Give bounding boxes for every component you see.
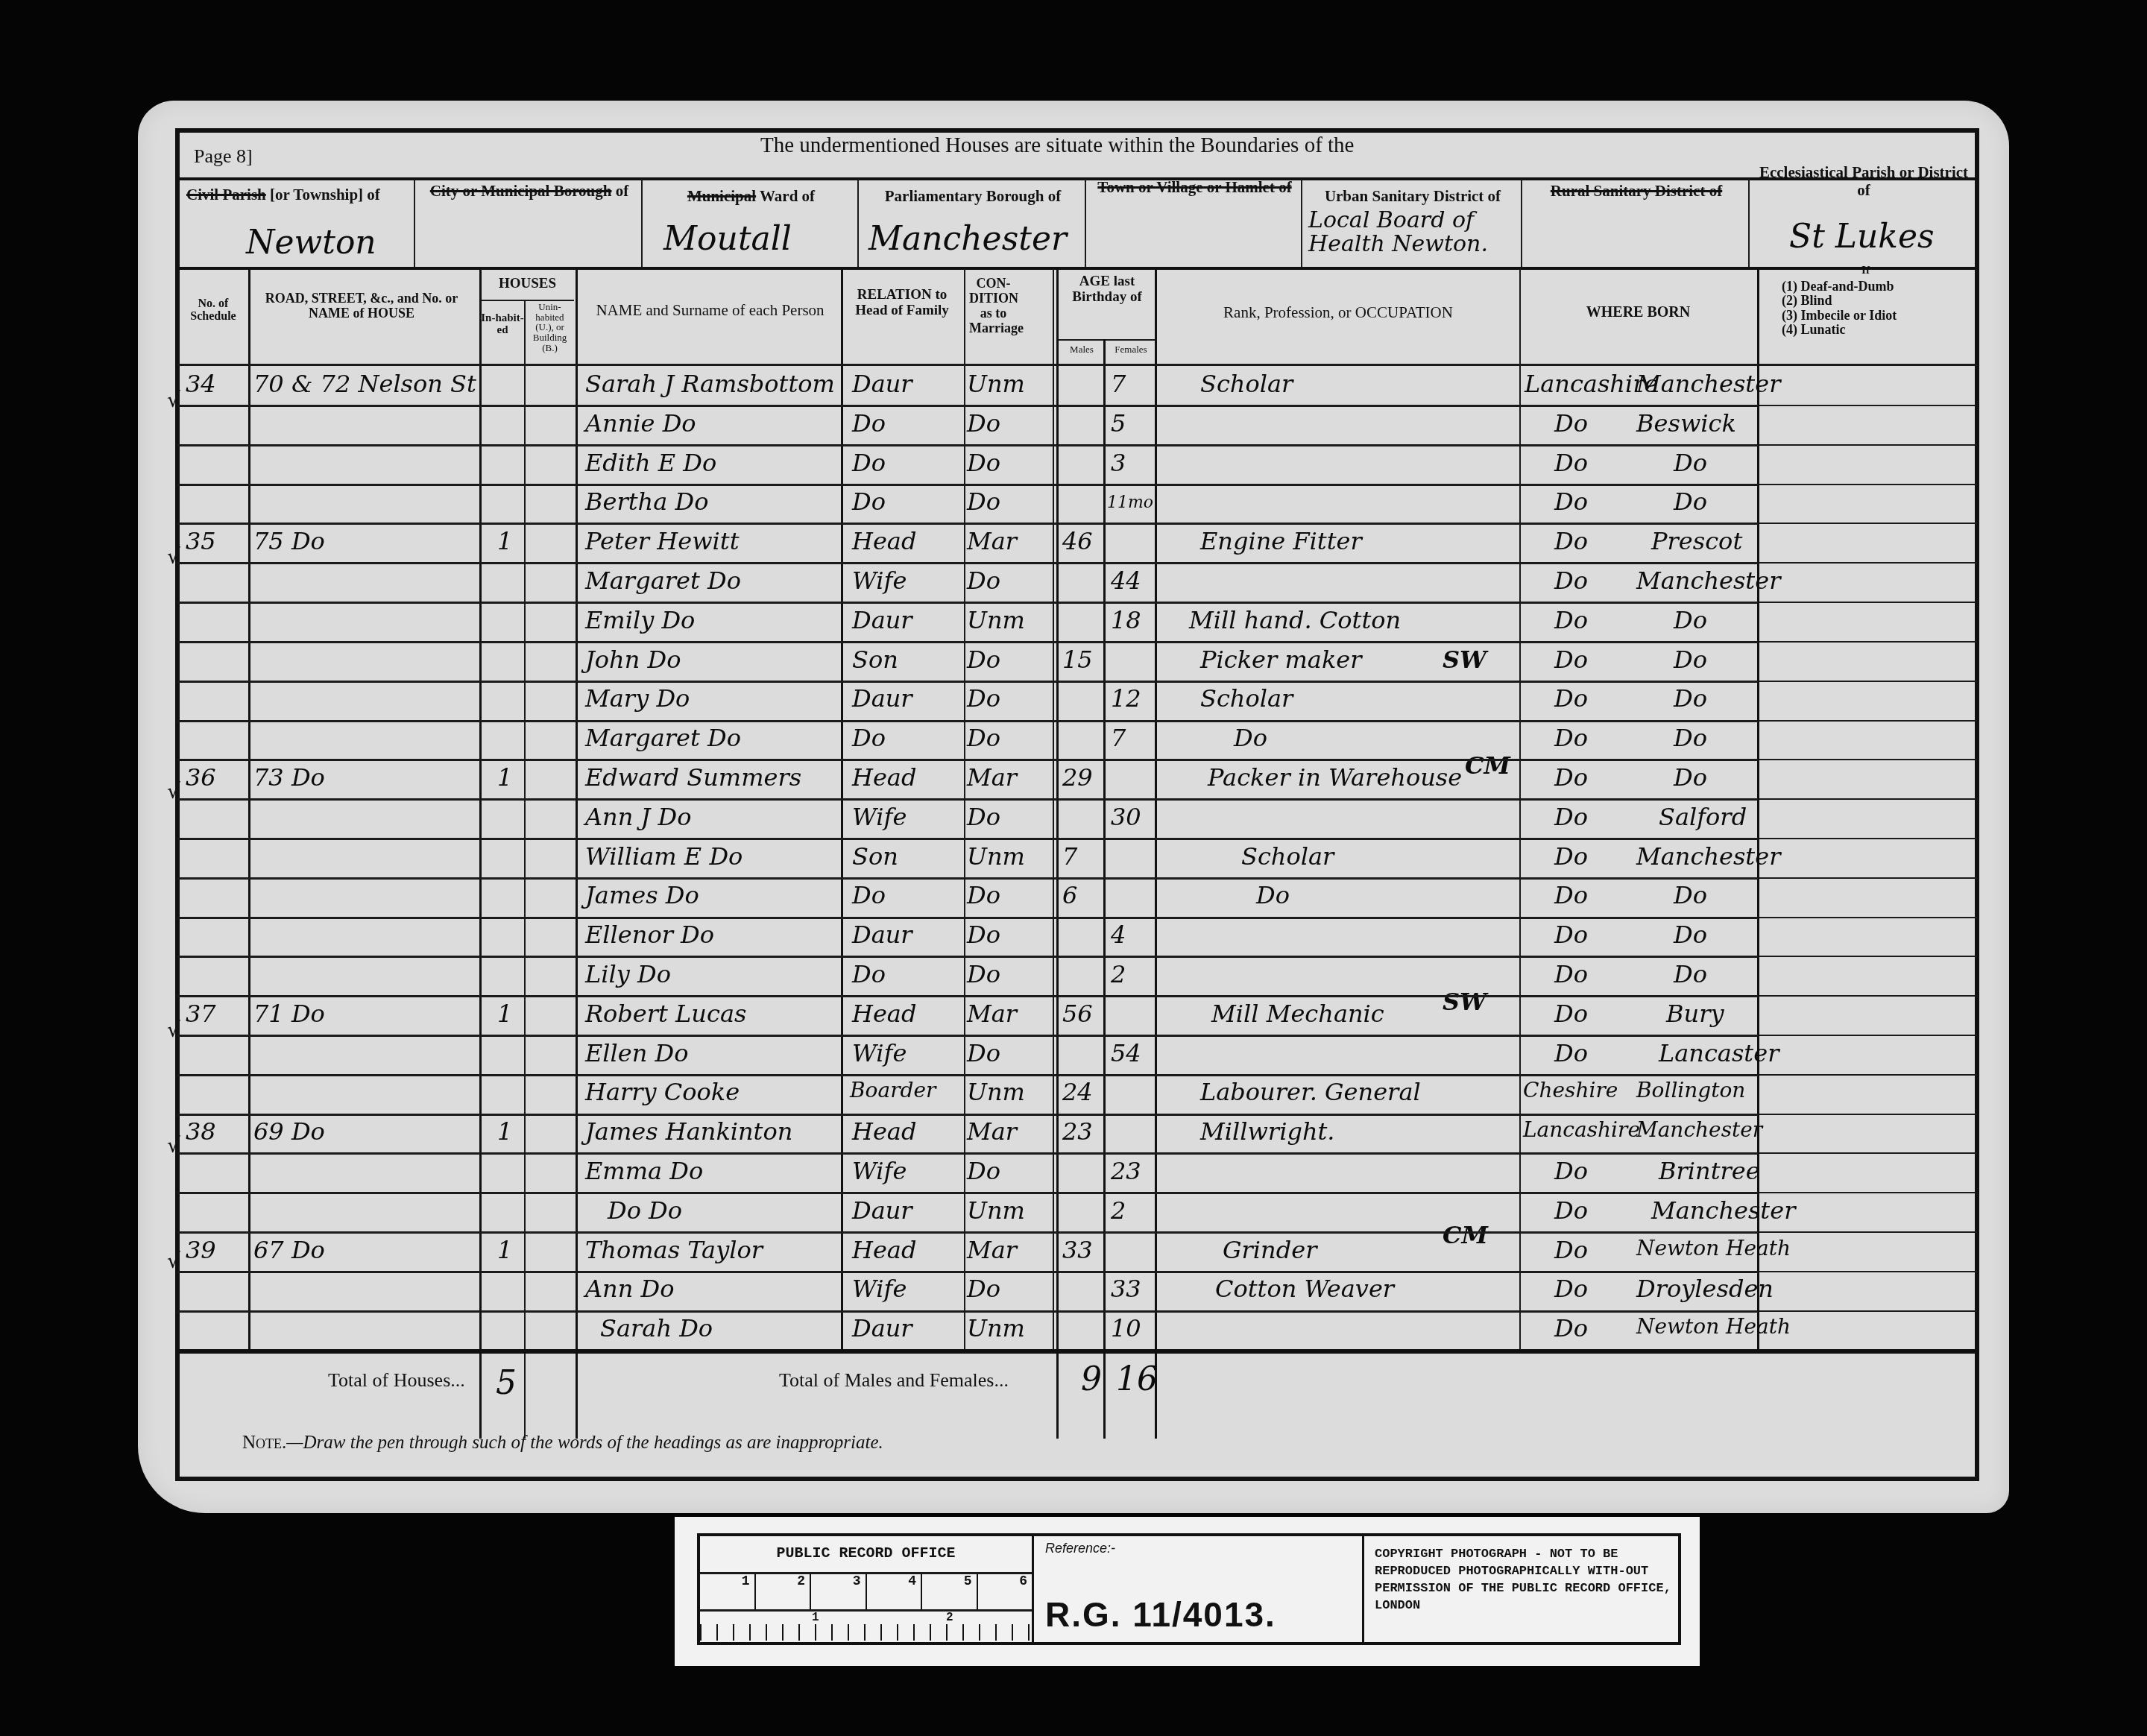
condition: Mar xyxy=(967,1117,1017,1152)
col-uninhabited: Unin-habited (U.), or Building (B.) xyxy=(526,302,574,353)
relation: Wife xyxy=(852,1039,907,1073)
road-address: 70 & 72 Nelson St xyxy=(253,370,476,404)
census-row: Mary Do Daur Do 12 Scholar Do Do xyxy=(175,680,1979,719)
person-name: Sarah Do xyxy=(600,1314,713,1348)
born-place: Do xyxy=(1674,763,1707,798)
census-row: Do Do Daur Unm 2 Do Manchester xyxy=(175,1192,1979,1231)
total-persons-label: Total of Males and Females... xyxy=(779,1370,1009,1392)
schedule-number: 36 xyxy=(186,763,216,798)
col-houses: HOUSES xyxy=(481,276,574,291)
condition: Mar xyxy=(967,763,1017,798)
female-age: 7 xyxy=(1111,724,1126,758)
relation: Wife xyxy=(852,1157,907,1191)
relation: Wife xyxy=(852,803,907,837)
condition: Unm xyxy=(967,1078,1025,1112)
born-county: Do xyxy=(1554,842,1588,877)
female-age: 44 xyxy=(1111,566,1141,601)
female-age: 23 xyxy=(1111,1157,1141,1191)
census-row: 34 70 & 72 Nelson St Sarah J Ramsbottom … xyxy=(175,365,1979,404)
condition: Do xyxy=(967,803,1000,837)
born-place: Salford xyxy=(1659,803,1747,837)
born-county: Do xyxy=(1554,1157,1588,1191)
condition: Do xyxy=(967,881,1000,915)
census-row: 35 75 Do 1 Peter Hewitt Head Mar 46 Engi… xyxy=(175,523,1979,561)
born-place: Do xyxy=(1674,487,1707,522)
female-age: 4 xyxy=(1111,921,1126,955)
road-address: 69 Do xyxy=(253,1117,325,1152)
born-place: Bollington xyxy=(1636,1078,1745,1112)
occupation: Packer in Warehouse xyxy=(1208,763,1462,798)
condition: Mar xyxy=(967,1000,1017,1034)
district-ward-label: Municipal Ward of xyxy=(645,188,857,206)
census-form: Page 8] The undermentioned Houses are si… xyxy=(0,0,2147,1736)
relation: Son xyxy=(852,646,898,680)
born-place: Manchester xyxy=(1651,1196,1795,1231)
col-age: AGE last Birthday of xyxy=(1059,274,1156,306)
district-parliamentary-label: Parliamentary Borough of xyxy=(861,188,1085,206)
condition: Do xyxy=(967,409,1000,444)
condition: Do xyxy=(967,724,1000,758)
occupation: Picker maker xyxy=(1200,646,1362,680)
road-address: 75 Do xyxy=(253,527,325,561)
enumerator-annotation: SW xyxy=(1443,646,1486,680)
footnote: Note.—Draw the pen through such of the w… xyxy=(242,1433,883,1453)
office-name: PUBLIC RECORD OFFICE xyxy=(700,1545,1032,1562)
born-county: Do xyxy=(1554,1275,1588,1309)
enumerator-annotation: CM xyxy=(1443,1221,1488,1255)
person-name: Robert Lucas xyxy=(585,1000,746,1034)
census-row: Ellenor Do Daur Do 4 Do Do xyxy=(175,916,1979,955)
col-infirmity-if: If xyxy=(1759,265,1972,277)
relation: Daur xyxy=(852,606,912,640)
condition: Unm xyxy=(967,606,1025,640)
page-label: Page 8] xyxy=(194,146,253,168)
born-place: Do xyxy=(1674,646,1707,680)
census-row: Ellen Do Wife Do 54 Do Lancaster xyxy=(175,1035,1979,1073)
female-age: 5 xyxy=(1111,409,1126,444)
born-county: Do xyxy=(1554,646,1588,680)
occupation: Mill Mechanic xyxy=(1211,1000,1384,1034)
relation: Wife xyxy=(852,566,907,601)
relation: Do xyxy=(852,449,886,483)
schedule-number: 39 xyxy=(186,1236,216,1270)
condition: Unm xyxy=(967,1314,1025,1348)
occupation: Do xyxy=(1234,724,1267,758)
col-condition: CON-DITION as to Marriage xyxy=(969,276,1018,336)
condition: Mar xyxy=(967,527,1017,561)
born-county: Do xyxy=(1554,1000,1588,1034)
relation: Do xyxy=(852,409,886,444)
census-row: 36 73 Do 1 Edward Summers Head Mar 29 Pa… xyxy=(175,759,1979,798)
occupation: Scholar xyxy=(1200,370,1293,404)
condition: Do xyxy=(967,1275,1000,1309)
born-county: Do xyxy=(1554,409,1588,444)
col-occupation: Rank, Profession, or OCCUPATION xyxy=(1159,304,1517,321)
born-place: Do xyxy=(1674,724,1707,758)
district-ward-value: Moutall xyxy=(663,220,792,258)
person-name: Peter Hewitt xyxy=(585,527,739,561)
born-county: Do xyxy=(1554,1236,1588,1270)
district-urban-sanitary-value: Local Board of Health Newton. xyxy=(1308,209,1517,256)
inhabited: 1 xyxy=(497,1000,512,1034)
relation: Daur xyxy=(852,921,912,955)
born-place: Brintree xyxy=(1659,1157,1760,1191)
born-county: Do xyxy=(1554,724,1588,758)
col-relation: RELATION to Head of Family xyxy=(842,287,962,319)
male-age: 24 xyxy=(1062,1078,1093,1112)
condition: Do xyxy=(967,646,1000,680)
district-ecclesiastical-label: Ecclesiastical Parish or District of xyxy=(1752,164,1976,199)
relation: Do xyxy=(852,881,886,915)
relation: Son xyxy=(852,842,898,877)
enumerator-annotation: SW xyxy=(1443,988,1486,1022)
district-urban-sanitary-label: Urban Sanitary District of xyxy=(1305,188,1521,206)
person-name: Annie Do xyxy=(585,409,696,444)
inhabited: 1 xyxy=(497,763,512,798)
person-name: Ann Do xyxy=(585,1275,674,1309)
occupation: Do xyxy=(1256,881,1290,915)
born-place: Newton Heath xyxy=(1636,1236,1791,1270)
ruler-block: PUBLIC RECORD OFFICE 1 2 3 4 5 6 1 2 xyxy=(700,1536,1034,1642)
female-age: 2 xyxy=(1111,960,1126,994)
census-row: Ann Do Wife Do 33 Cotton Weaver Do Droyl… xyxy=(175,1270,1979,1309)
person-name: Edward Summers xyxy=(585,763,801,798)
census-rows: 34 70 & 72 Nelson St Sarah J Ramsbottom … xyxy=(175,365,1979,1349)
female-age: 54 xyxy=(1111,1039,1141,1073)
born-place: Do xyxy=(1674,921,1707,955)
census-row: Ann J Do Wife Do 30 Do Salford xyxy=(175,798,1979,837)
female-age: 33 xyxy=(1111,1275,1141,1309)
female-age: 18 xyxy=(1111,606,1141,640)
occupation: Cotton Weaver xyxy=(1215,1275,1394,1309)
person-name: William E Do xyxy=(585,842,743,877)
col-males: Males xyxy=(1059,344,1105,355)
born-place: Do xyxy=(1674,960,1707,994)
check-mark-icon: √ xyxy=(167,1249,180,1273)
female-age: 10 xyxy=(1111,1314,1141,1348)
born-place: Do xyxy=(1674,684,1707,719)
born-county: Do xyxy=(1554,763,1588,798)
schedule-number: 34 xyxy=(186,370,216,404)
road-address: 71 Do xyxy=(253,1000,325,1034)
total-houses-value: 5 xyxy=(496,1364,517,1402)
reference-value: R.G. 11/4013. xyxy=(1045,1594,1276,1635)
col-name: NAME and Surname of each Person xyxy=(581,302,839,319)
census-row: Annie Do Do Do 5 Do Beswick xyxy=(175,405,1979,444)
person-name: Bertha Do xyxy=(585,487,708,522)
person-name: Sarah J Ramsbottom xyxy=(585,370,835,404)
check-mark-icon: √ xyxy=(167,779,180,804)
born-county: Do xyxy=(1554,1196,1588,1231)
check-mark-icon: √ xyxy=(167,1133,180,1158)
col-road: ROAD, STREET, &c., and No. or NAME of HO… xyxy=(250,291,473,321)
census-row: 38 69 Do 1 James Hankinton Head Mar 23 M… xyxy=(175,1113,1979,1152)
female-age: 7 xyxy=(1111,370,1126,404)
district-civil-parish-label: Civil Parish [or Township] of xyxy=(186,186,410,204)
female-age: 2 xyxy=(1111,1196,1126,1231)
inhabited: 1 xyxy=(497,1117,512,1152)
ruler-bottom-scale xyxy=(700,1611,1032,1641)
born-place: Do xyxy=(1674,881,1707,915)
born-county: Do xyxy=(1554,527,1588,561)
ruler-top-scale: 1 2 3 4 5 6 xyxy=(700,1574,1032,1609)
occupation: Scholar xyxy=(1241,842,1334,877)
schedule-number: 35 xyxy=(186,527,216,561)
born-place: Newton Heath xyxy=(1636,1314,1791,1348)
census-row: James Do Do Do 6 Do Do Do xyxy=(175,877,1979,915)
reference-block: Reference:- R.G. 11/4013. xyxy=(1034,1536,1364,1642)
relation: Head xyxy=(852,763,916,798)
relation: Head xyxy=(852,1000,916,1034)
relation: Head xyxy=(852,1236,916,1270)
relation: Do xyxy=(852,960,886,994)
condition: Unm xyxy=(967,1196,1025,1231)
female-age: 30 xyxy=(1111,803,1141,837)
male-age: 29 xyxy=(1062,763,1093,798)
person-name: Do Do xyxy=(608,1196,682,1231)
relation: Daur xyxy=(852,370,912,404)
person-name: John Do xyxy=(585,646,681,680)
district-town-label: Town or Village or Hamlet of xyxy=(1088,179,1301,197)
occupation: Labourer. General xyxy=(1200,1078,1421,1112)
born-county: Do xyxy=(1554,684,1588,719)
occupation: Scholar xyxy=(1200,684,1293,719)
relation: Daur xyxy=(852,1196,912,1231)
condition: Mar xyxy=(967,1236,1017,1270)
census-row: William E Do Son Unm 7 Scholar Do Manche… xyxy=(175,838,1979,877)
schedule-number: 38 xyxy=(186,1117,216,1152)
copyright-notice: COPYRIGHT PHOTOGRAPH - NOT TO BE REPRODU… xyxy=(1375,1547,1673,1615)
person-name: James Hankinton xyxy=(585,1117,792,1152)
check-mark-icon: √ xyxy=(167,544,180,569)
female-age: 3 xyxy=(1111,449,1126,483)
condition: Do xyxy=(967,921,1000,955)
census-row: Emily Do Daur Unm 18 Mill hand. Cotton D… xyxy=(175,602,1979,640)
born-county: Do xyxy=(1554,606,1588,640)
condition: Do xyxy=(967,449,1000,483)
male-age: 56 xyxy=(1062,1000,1093,1034)
reference-label: Reference:- xyxy=(1045,1541,1115,1556)
born-place: Manchester xyxy=(1636,1117,1762,1152)
condition: Unm xyxy=(967,842,1025,877)
relation: Daur xyxy=(852,1314,912,1348)
born-place: Bury xyxy=(1666,1000,1724,1034)
person-name: Thomas Taylor xyxy=(585,1236,763,1270)
col-schedule: No. of Schedule xyxy=(179,298,248,323)
born-place: Do xyxy=(1674,606,1707,640)
condition: Do xyxy=(967,1157,1000,1191)
census-row: Harry Cooke Boarder Unm 24 Labourer. Gen… xyxy=(175,1073,1979,1112)
district-parliamentary-value: Manchester xyxy=(868,220,1067,258)
occupation: Grinder xyxy=(1223,1236,1317,1270)
born-county: Do xyxy=(1554,449,1588,483)
road-address: 73 Do xyxy=(253,763,325,798)
male-age: 6 xyxy=(1062,881,1077,915)
person-name: Ellenor Do xyxy=(585,921,714,955)
born-county: Do xyxy=(1554,1314,1588,1348)
born-place: Lancaster xyxy=(1659,1039,1779,1073)
relation: Head xyxy=(852,1117,916,1152)
district-rural-sanitary-label: Rural Sanitary District of xyxy=(1525,183,1748,201)
person-name: Emma Do xyxy=(585,1157,703,1191)
born-county: Do xyxy=(1554,1039,1588,1073)
census-row: 39 67 Do 1 Thomas Taylor Head Mar 33 Gri… xyxy=(175,1231,1979,1270)
relation: Boarder xyxy=(850,1078,936,1112)
check-mark-icon: √ xyxy=(167,388,180,412)
born-place: Manchester xyxy=(1636,566,1780,601)
occupation: Engine Fitter xyxy=(1200,527,1362,561)
census-row: Lily Do Do Do 2 Do Do xyxy=(175,956,1979,994)
inhabited: 1 xyxy=(497,527,512,561)
born-place: Beswick xyxy=(1636,409,1736,444)
relation: Wife xyxy=(852,1275,907,1309)
condition: Do xyxy=(967,1039,1000,1073)
person-name: Emily Do xyxy=(585,606,695,640)
female-age: 12 xyxy=(1111,684,1141,719)
relation: Do xyxy=(852,724,886,758)
person-name: Edith E Do xyxy=(585,449,716,483)
born-county: Do xyxy=(1554,803,1588,837)
person-name: James Do xyxy=(585,881,699,915)
person-name: Margaret Do xyxy=(585,566,741,601)
person-name: Harry Cooke xyxy=(585,1078,740,1112)
condition: Do xyxy=(967,487,1000,522)
check-mark-icon: √ xyxy=(167,1017,180,1042)
occupation: Millwright. xyxy=(1200,1117,1335,1152)
district-municipal-borough-label: City or Municipal Borough of xyxy=(417,183,641,201)
relation: Head xyxy=(852,527,916,561)
record-office-label: PUBLIC RECORD OFFICE 1 2 3 4 5 6 1 2 Ref… xyxy=(675,1517,1700,1666)
born-county: Do xyxy=(1554,881,1588,915)
born-county: Do xyxy=(1554,921,1588,955)
col-females: Females xyxy=(1106,344,1156,355)
born-place: Prescot xyxy=(1651,527,1742,561)
census-row: Bertha Do Do Do 11mo Do Do xyxy=(175,483,1979,522)
male-age: 46 xyxy=(1062,527,1093,561)
condition: Do xyxy=(967,684,1000,719)
enumerator-annotation: CM xyxy=(1465,751,1510,786)
census-row: 37 71 Do 1 Robert Lucas Head Mar 56 Mill… xyxy=(175,995,1979,1034)
col-inhabited: In-habit-ed xyxy=(481,313,524,337)
born-place: Manchester xyxy=(1636,370,1780,404)
born-county: Do xyxy=(1554,960,1588,994)
col-where-born: WHERE BORN xyxy=(1521,304,1756,321)
born-county: Cheshire xyxy=(1523,1078,1618,1112)
col-infirmity-list: (1) Deaf-and-Dumb (2) Blind (3) Imbecile… xyxy=(1782,280,1976,338)
total-males-value: 9 xyxy=(1081,1360,1102,1398)
occupation: Mill hand. Cotton xyxy=(1189,606,1401,640)
born-place: Do xyxy=(1674,449,1707,483)
census-row: Edith E Do Do Do 3 Do Do xyxy=(175,444,1979,483)
census-row: John Do Son Do 15 Picker maker SW Do Do xyxy=(175,641,1979,680)
person-name: Ellen Do xyxy=(585,1039,688,1073)
person-name: Ann J Do xyxy=(585,803,691,837)
person-name: Lily Do xyxy=(585,960,671,994)
total-houses-label: Total of Houses... xyxy=(328,1370,465,1392)
total-females-value: 16 xyxy=(1116,1360,1158,1398)
male-age: 33 xyxy=(1062,1236,1093,1270)
schedule-number: 37 xyxy=(186,1000,216,1034)
page-title: The undermentioned Houses are situate wi… xyxy=(760,134,1354,158)
condition: Do xyxy=(967,566,1000,601)
inhabited: 1 xyxy=(497,1236,512,1270)
census-row: Emma Do Wife Do 23 Do Brintree xyxy=(175,1152,1979,1191)
condition: Unm xyxy=(967,370,1025,404)
condition: Do xyxy=(967,960,1000,994)
male-age: 7 xyxy=(1062,842,1077,877)
male-age: 15 xyxy=(1062,646,1093,680)
district-township-value: Newton xyxy=(246,224,376,262)
census-row: Margaret Do Do Do 7 Do Do Do xyxy=(175,719,1979,758)
person-name: Margaret Do xyxy=(585,724,741,758)
born-place: Manchester xyxy=(1636,842,1780,877)
male-age: 23 xyxy=(1062,1117,1093,1152)
census-row: Sarah Do Daur Unm 10 Do Newton Heath xyxy=(175,1310,1979,1348)
person-name: Mary Do xyxy=(585,684,690,719)
relation: Daur xyxy=(852,684,912,719)
born-county: Lancashire xyxy=(1523,1117,1640,1152)
relation: Do xyxy=(852,487,886,522)
born-place: Droylesden xyxy=(1636,1275,1774,1309)
district-ecclesiastical-value: St Lukes xyxy=(1789,218,1935,256)
road-address: 67 Do xyxy=(253,1236,325,1270)
born-county: Do xyxy=(1554,487,1588,522)
census-row: Margaret Do Wife Do 44 Do Manchester xyxy=(175,562,1979,601)
born-county: Do xyxy=(1554,566,1588,601)
